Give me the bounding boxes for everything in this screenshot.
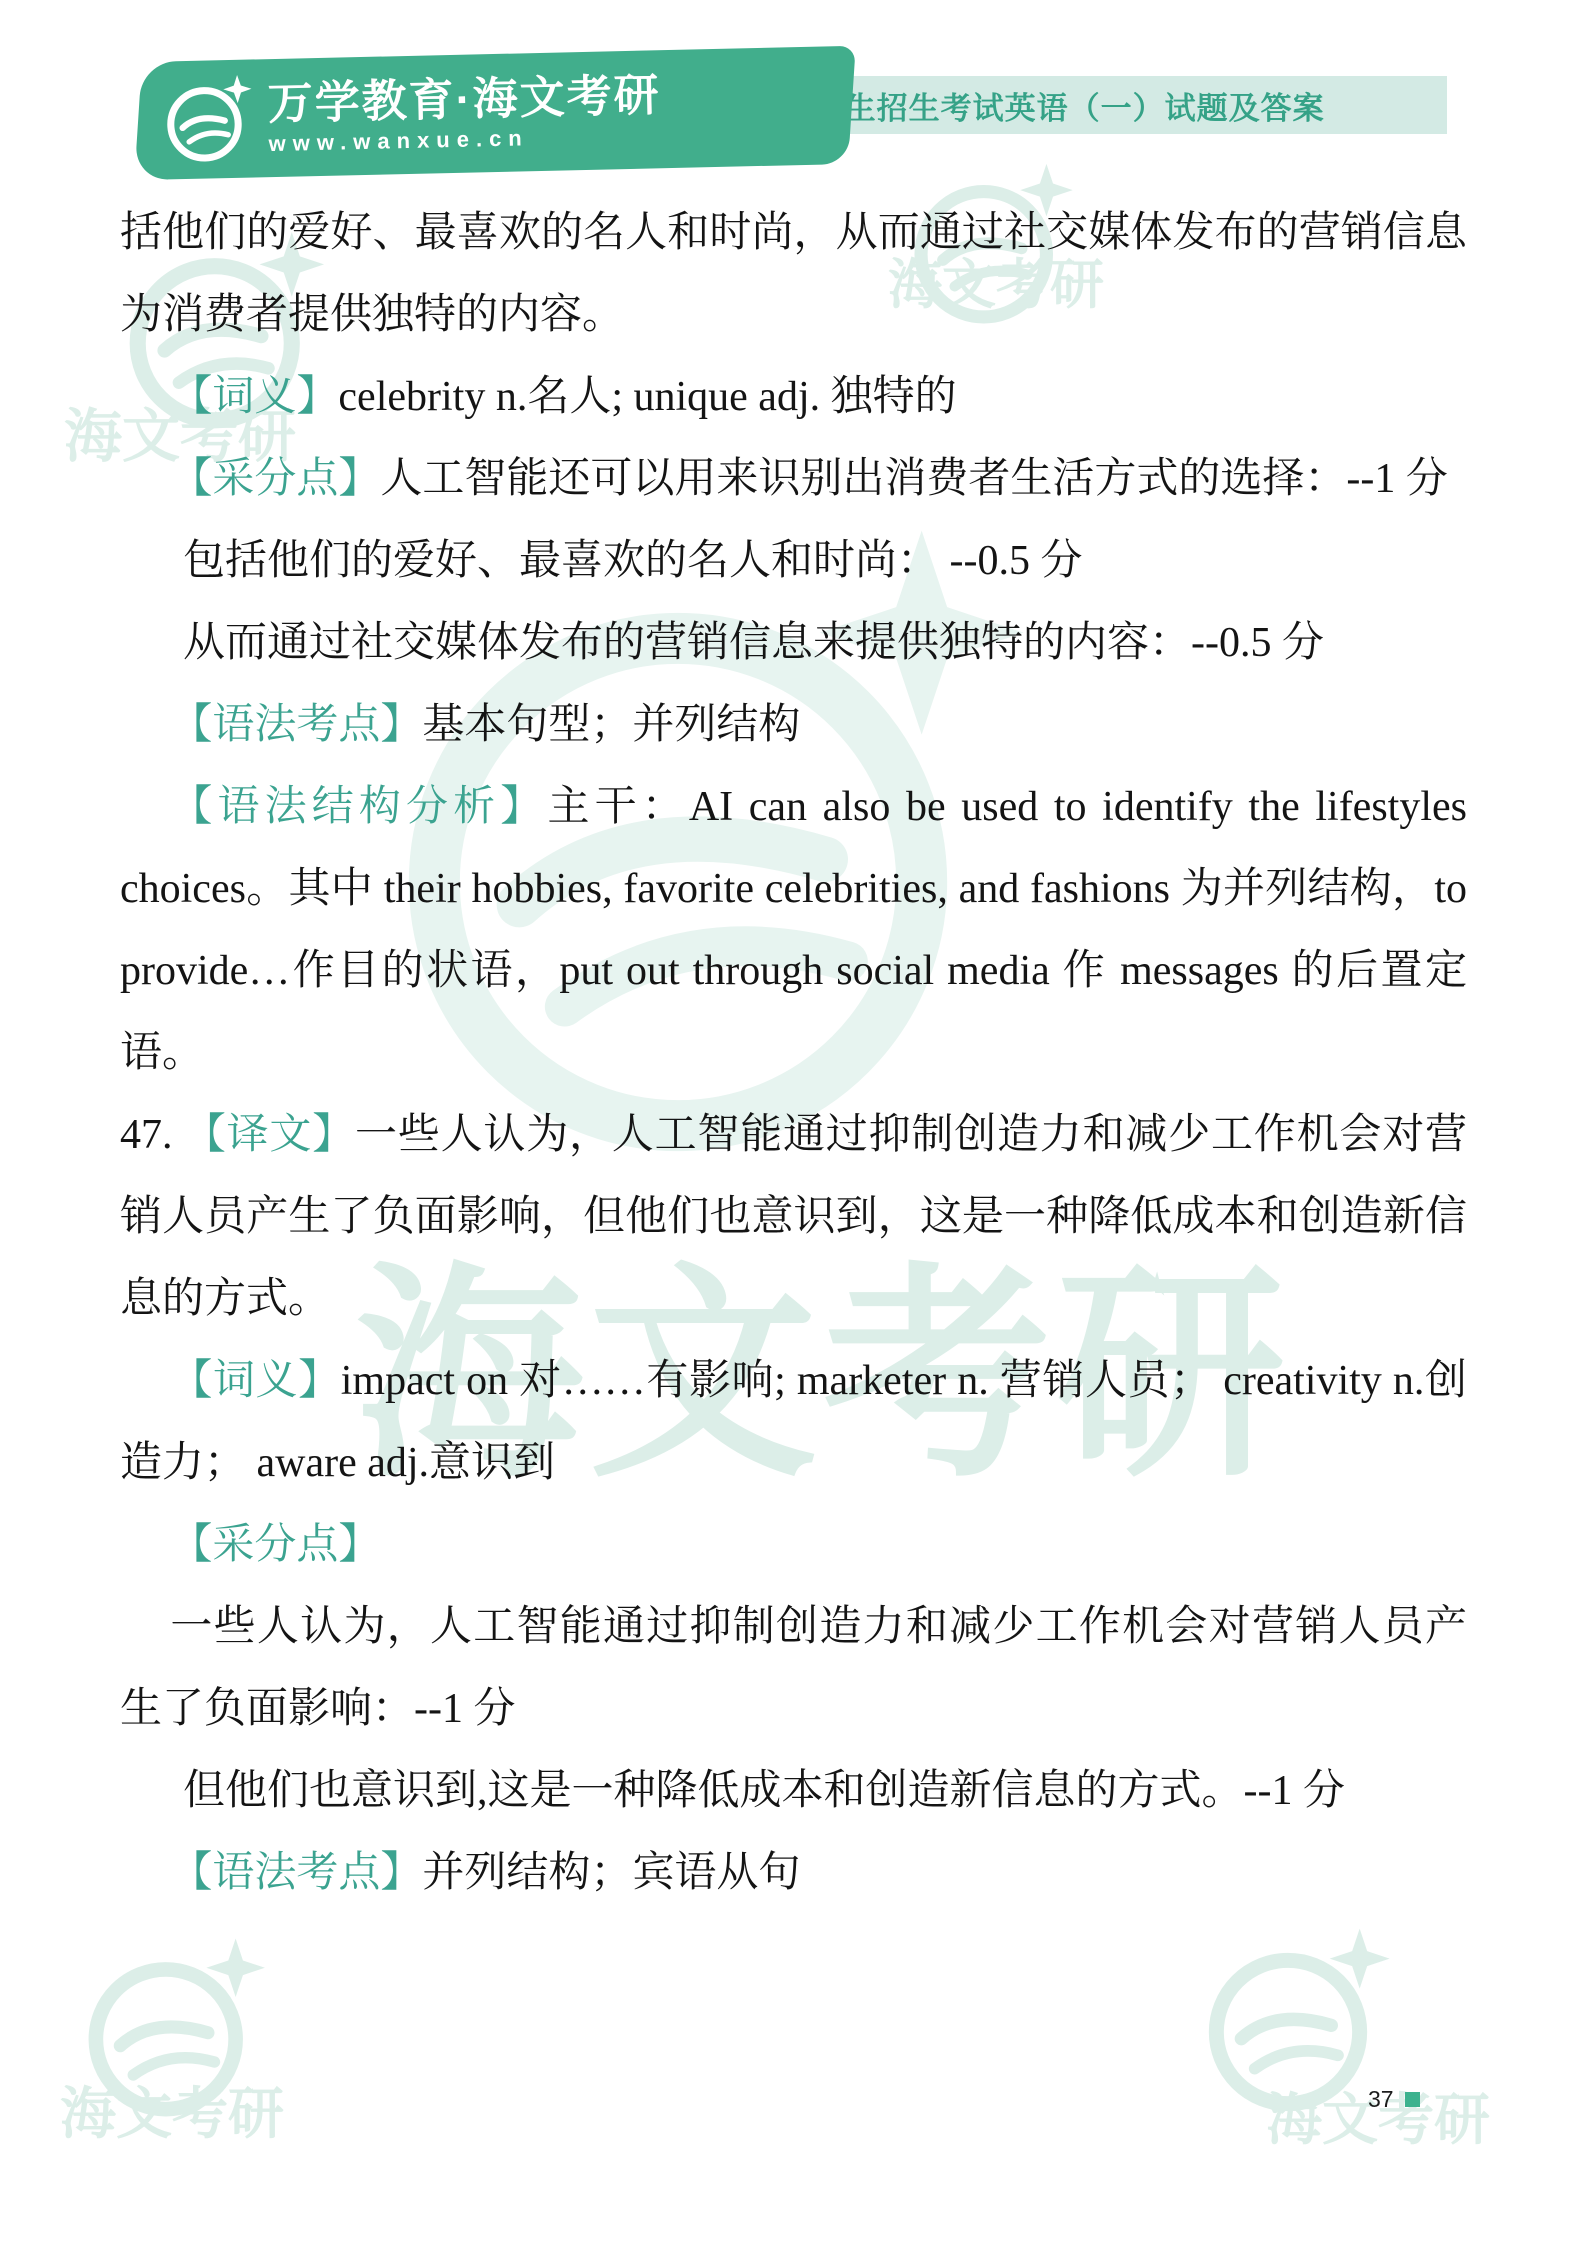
watermark-text: 海文考研 [60, 2086, 284, 2142]
section-label: 【语法结构分析】 [170, 784, 547, 830]
section-label: 【译文】 [184, 1112, 355, 1158]
paragraph-13: 【语法考点】并列结构；宾语从句 [120, 1832, 1467, 1914]
text-run: 括他们的爱好、最喜欢的名人和时尚，从而通过社交媒体发布的营销信息为消费者提供独特… [120, 210, 1467, 338]
text-run: 并列结构；宾语从句 [422, 1850, 800, 1896]
section-label: 【采分点】 [170, 456, 380, 502]
text-run: 47. [120, 1112, 184, 1158]
page-number: 37 [1368, 2086, 1394, 2113]
text-run: 包括他们的爱好、最喜欢的名人和时尚： --0.5 分 [183, 538, 1082, 584]
paragraph-6: 【语法考点】基本句型；并列结构 [120, 684, 1467, 766]
paragraph-1: 括他们的爱好、最喜欢的名人和时尚，从而通过社交媒体发布的营销信息为消费者提供独特… [120, 192, 1467, 356]
paragraph-4: 包括他们的爱好、最喜欢的名人和时尚： --0.5 分 [120, 520, 1467, 602]
paragraph-11: 一些人认为，人工智能通过抑制创造力和减少工作机会对营销人员产生了负面影响：--1… [120, 1586, 1467, 1750]
paragraph-8: 47. 【译文】一些人认为，人工智能通过抑制创造力和减少工作机会对营销人员产生了… [120, 1094, 1467, 1340]
section-label: 【词义】 [170, 1358, 340, 1404]
text-run: 基本句型；并列结构 [422, 702, 800, 748]
document-body: 括他们的爱好、最喜欢的名人和时尚，从而通过社交媒体发布的营销信息为消费者提供独特… [120, 192, 1467, 1914]
page-number-square-icon [1405, 2092, 1420, 2107]
brand-url: www.wanxue.cn [268, 124, 661, 155]
paragraph-2: 【词义】celebrity n.名人; unique adj. 独特的 [120, 356, 1467, 438]
brand-logo-icon [161, 71, 257, 167]
page-number-block: 37 [1368, 2086, 1420, 2113]
paragraph-10: 【采分点】 [120, 1504, 1467, 1586]
section-label: 【词义】 [170, 374, 338, 420]
brand-text-block: 万学教育·海文考研 www.wanxue.cn [267, 72, 662, 155]
text-run: 一些人认为，人工智能通过抑制创造力和减少工作机会对营销人员产生了负面影响：--1… [120, 1604, 1467, 1732]
brand-badge-inner: 万学教育·海文考研 www.wanxue.cn [137, 46, 853, 180]
text-run: 人工智能还可以用来识别出消费者生活方式的选择：--1 分 [380, 456, 1447, 502]
paragraph-12: 但他们也意识到,这是一种降低成本和创造新信息的方式。--1 分 [120, 1750, 1467, 1832]
brand-title: 万学教育·海文考研 [267, 72, 661, 126]
section-label: 【语法考点】 [170, 1850, 422, 1896]
text-run: 从而通过社交媒体发布的营销信息来提供独特的内容：--0.5 分 [183, 620, 1324, 666]
paragraph-7: 【语法结构分析】主干：AI can also be used to identi… [120, 766, 1467, 1094]
paragraph-5: 从而通过社交媒体发布的营销信息来提供独特的内容：--0.5 分 [120, 602, 1467, 684]
section-label: 【采分点】 [170, 1522, 380, 1568]
section-label: 【语法考点】 [170, 702, 422, 748]
text-run: 但他们也意识到,这是一种降低成本和创造新信息的方式。--1 分 [183, 1768, 1345, 1814]
document-page: 海文考研 海文考研 海文考研 海文考研 海文考研 2023 年全国硕士研究生招生… [0, 0, 1587, 2245]
paragraph-9: 【词义】impact on 对……有影响; marketer n. 营销人员； … [120, 1340, 1467, 1504]
brand-badge: 万学教育·海文考研 www.wanxue.cn [134, 46, 855, 180]
text-run: celebrity n.名人; unique adj. 独特的 [338, 374, 956, 420]
paragraph-3: 【采分点】人工智能还可以用来识别出消费者生活方式的选择：--1 分 [120, 438, 1467, 520]
